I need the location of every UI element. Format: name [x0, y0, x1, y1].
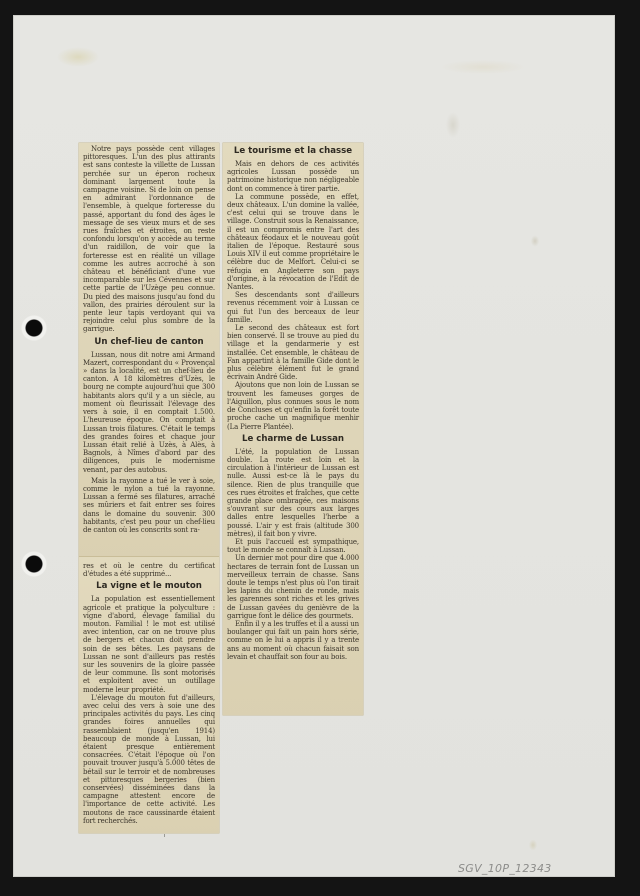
paragraph: Ses descendants sont d'ailleurs revenus …	[227, 291, 359, 324]
section-heading-vigne-mouton: La vigne et le mouton	[83, 581, 215, 591]
paragraph: La population est essentiellement agrico…	[83, 595, 215, 693]
clipping-left-column-upper: Notre pays possède cent villages pittore…	[79, 143, 219, 556]
paragraph: Mais en dehors de ces activités agricole…	[227, 160, 359, 193]
punch-hole-bottom	[21, 551, 47, 577]
clipping-left-column-lower: res et où le centre du certificat d'étud…	[79, 557, 219, 833]
punch-hole-top	[21, 315, 47, 341]
paragraph: L'élevage du mouton fut d'ailleurs, avec…	[83, 694, 215, 825]
paragraph: Et puis l'accueil est sympathique, tout …	[227, 538, 359, 554]
paragraph-continuation: res et où le centre du certificat d'étud…	[83, 562, 215, 578]
section-heading-charme-lussan: Le charme de Lussan	[227, 434, 359, 444]
paragraph: Le second des châteaux est fort bien con…	[227, 324, 359, 381]
paragraph: Ajoutons que non loin de Lussan se trouv…	[227, 381, 359, 430]
article-intro: Notre pays possède cent villages pittore…	[83, 145, 215, 334]
archive-reference-number: SGV_10P_12343	[458, 862, 552, 875]
section-heading-tourisme-chasse: Le tourisme et la chasse	[227, 146, 359, 156]
paragraph: La commune possède, en effet, deux châte…	[227, 193, 359, 291]
paragraph: Un dernier mot pour dire que 4.000 hecta…	[227, 554, 359, 620]
clipping-right-column: Le tourisme et la chasse Mais en dehors …	[223, 143, 363, 715]
paper-mark	[164, 834, 165, 837]
paragraph: Lussan, nous dit notre ami Armand Mazert…	[83, 351, 215, 474]
paragraph: Enfin il y a les truffes et il a aussi u…	[227, 620, 359, 661]
paragraph: Mais la rayonne a tué le ver à soie, com…	[83, 477, 215, 534]
paragraph: L'été, la population de Lussan double. L…	[227, 448, 359, 538]
section-heading-chef-lieu: Un chef-lieu de canton	[83, 337, 215, 347]
